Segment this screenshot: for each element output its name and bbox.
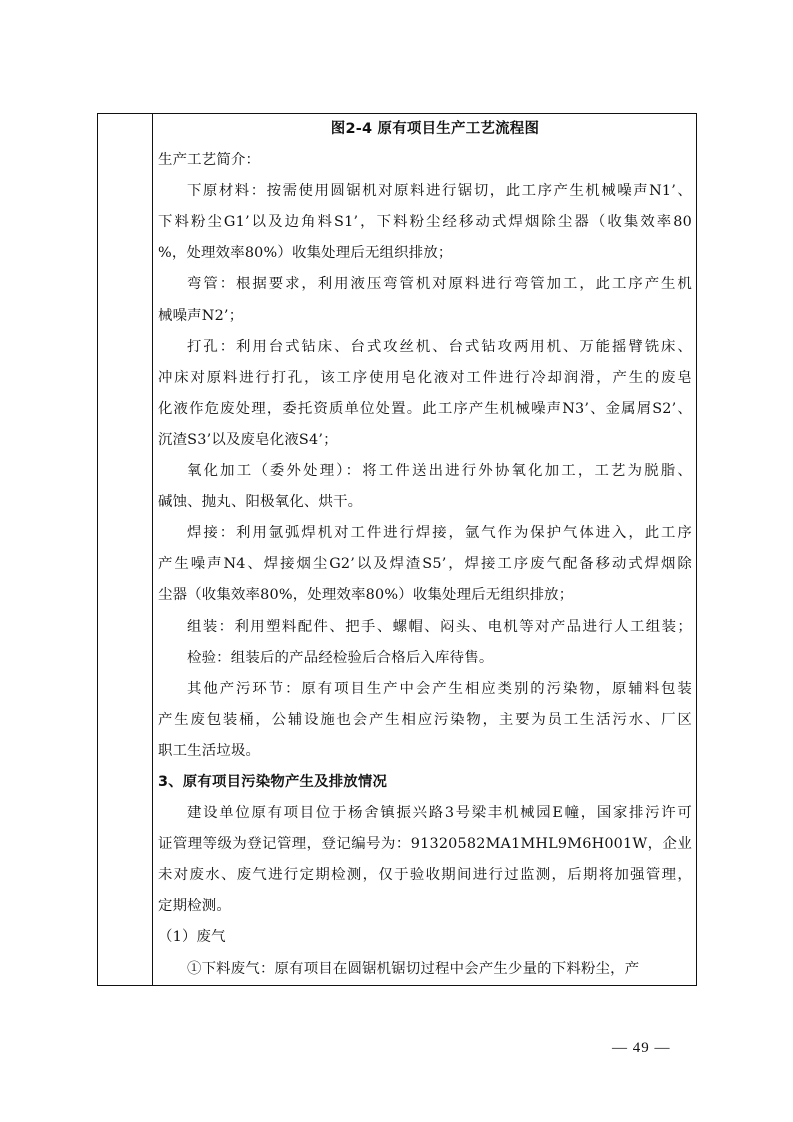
- paragraph-line: 检验：组装后的产品经检验后合格后入库待售。: [158, 643, 692, 674]
- figure-caption: 图2-4 原有项目生产工艺流程图: [158, 114, 692, 145]
- page-number: — 49 —: [612, 1040, 671, 1057]
- subheading-waste-gas: （1）废气: [158, 922, 692, 953]
- process-description: 下原材料：按需使用圆锯机对原料进行锯切，此工序产生机械噪声N1’、下料粉尘G1’…: [158, 176, 692, 767]
- paragraph-line: 尘器（收集效率80%，处理效率80%）收集处理后无组织排放；: [158, 580, 692, 611]
- paragraph-line: 冲床对原料进行打孔，该工序使用皂化液对工件进行冷却润滑，产生的废皂: [158, 363, 692, 394]
- section-intro: 生产工艺简介：: [158, 145, 692, 176]
- paragraph-line: 氧化加工（委外处理）：将工件送出进行外协氧化加工，工艺为脱脂、: [158, 456, 692, 487]
- section-3-body: 建设单位原有项目位于杨舍镇振兴路3号梁丰机械园E幢，国家排污许可证管理等级为登记…: [158, 798, 692, 922]
- paragraph-line: 沉渣S3’以及废皂化液S4’；: [158, 425, 692, 456]
- paragraph-line: 械噪声N2’；: [158, 301, 692, 332]
- column-divider: [152, 114, 153, 985]
- paragraph-line: ①下料废气：原有项目在圆锯机锯切过程中会产生少量的下料粉尘，产: [158, 954, 692, 985]
- paragraph-line: 焊接：利用氩弧焊机对工件进行焊接，氩气作为保护气体进入，此工序: [158, 518, 692, 549]
- paragraph-line: 定期检测。: [158, 891, 692, 922]
- paragraph-line: 下料粉尘G1’以及边角料S1’，下料粉尘经移动式焊烟除尘器（收集效率80: [158, 207, 692, 238]
- paragraph-line: 未对废水、废气进行定期检测，仅于验收期间进行过监测，后期将加强管理，: [158, 860, 692, 891]
- content-table: 图2-4 原有项目生产工艺流程图 生产工艺简介： 下原材料：按需使用圆锯机对原料…: [97, 113, 697, 986]
- paragraph-line: 化液作危废处理，委托资质单位处置。此工序产生机械噪声N3’、金属屑S2’、: [158, 394, 692, 425]
- paragraph-line: %，处理效率80%）收集处理后无组织排放；: [158, 238, 692, 269]
- paragraph-line: 其他产污环节：原有项目生产中会产生相应类别的污染物，原辅料包装: [158, 674, 692, 705]
- section-3-heading: 3、原有项目污染物产生及排放情况: [158, 767, 692, 798]
- paragraph-line: 职工生活垃圾。: [158, 736, 692, 767]
- paragraph-line: 证管理等级为登记管理，登记编号为：91320582MA1MHL9M6H001W，…: [158, 829, 692, 860]
- paragraph-line: 打孔：利用台式钻床、台式攻丝机、台式钻攻两用机、万能摇臂铣床、: [158, 332, 692, 363]
- paragraph-line: 弯管：根据要求，利用液压弯管机对原料进行弯管加工，此工序产生机: [158, 269, 692, 300]
- paragraph-line: 产生废包装桶，公辅设施也会产生相应污染物，主要为员工生活污水、厂区: [158, 705, 692, 736]
- paragraph-line: 下原材料：按需使用圆锯机对原料进行锯切，此工序产生机械噪声N1’、: [158, 176, 692, 207]
- table-content-cell: 图2-4 原有项目生产工艺流程图 生产工艺简介： 下原材料：按需使用圆锯机对原料…: [158, 114, 692, 985]
- paragraph-line: 建设单位原有项目位于杨舍镇振兴路3号梁丰机械园E幢，国家排污许可: [158, 798, 692, 829]
- paragraph-line: 组装：利用塑料配件、把手、螺帽、闷头、电机等对产品进行人工组装；: [158, 612, 692, 643]
- paragraph-line: 碱蚀、抛丸、阳极氧化、烘干。: [158, 487, 692, 518]
- paragraph-line: 产生噪声N4、焊接烟尘G2’以及焊渣S5’，焊接工序废气配备移动式焊烟除: [158, 549, 692, 580]
